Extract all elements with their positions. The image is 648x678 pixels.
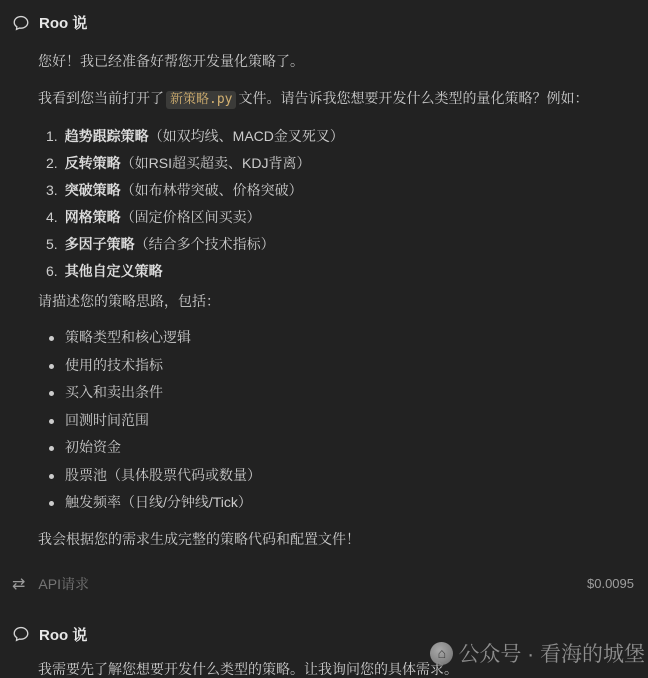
speech-bubble-icon bbox=[12, 14, 30, 32]
assistant-message-1: Roo 说 您好！我已经准备好帮您开发量化策略了。 我看到您当前打开了新策略.p… bbox=[0, 0, 648, 548]
bullet-item: 使用的技术指标 bbox=[38, 352, 636, 380]
strategy-list: 1.趋势跟踪策略（如双均线、MACD金叉死叉）2.反转策略（如RSI超买超卖、K… bbox=[38, 123, 636, 285]
numbered-item: 6.其他自定义策略 bbox=[46, 258, 636, 285]
greeting-text: 您好！我已经准备好帮您开发量化策略了。 bbox=[38, 53, 636, 70]
message-body: 您好！我已经准备好帮您开发量化策略了。 我看到您当前打开了新策略.py文件。请告… bbox=[0, 53, 648, 548]
bullet-item: 初始资金 bbox=[38, 434, 636, 462]
bullet-item: 股票池（具体股票代码或数量） bbox=[38, 462, 636, 490]
numbered-item: 3.突破策略（如布林带突破、价格突破） bbox=[46, 177, 636, 204]
context-suffix: 文件。请告诉我您想要开发什么类型的量化策略？例如： bbox=[238, 90, 588, 106]
context-text: 我看到您当前打开了新策略.py文件。请告诉我您想要开发什么类型的量化策略？例如： bbox=[38, 90, 636, 109]
bullet-dot-icon bbox=[49, 446, 54, 451]
bullet-item: 触发频率（日线/分钟线/Tick） bbox=[38, 489, 636, 517]
speaker-label: Roo 说 bbox=[39, 12, 87, 33]
bullet-item: 买入和卖出条件 bbox=[38, 379, 636, 407]
requirements-list: 策略类型和核心逻辑使用的技术指标买入和卖出条件回测时间范围初始资金股票池（具体股… bbox=[38, 324, 636, 517]
api-request-row[interactable]: ⇄ API请求 $0.0095 bbox=[0, 548, 648, 594]
api-cost-badge: $0.0095 bbox=[587, 576, 634, 591]
numbered-item: 4.网格策略（固定价格区间买卖） bbox=[46, 204, 636, 231]
bullet-item: 回测时间范围 bbox=[38, 407, 636, 435]
assistant-message-2: Roo 说 我需要先了解您想要开发什么类型的策略。让我询问您的具体需求。 bbox=[0, 624, 648, 678]
chat-panel: Roo 说 您好！我已经准备好帮您开发量化策略了。 我看到您当前打开了新策略.p… bbox=[0, 0, 648, 678]
message-header: Roo 说 bbox=[0, 0, 648, 33]
speech-bubble-icon bbox=[12, 625, 30, 643]
bullet-dot-icon bbox=[49, 336, 54, 341]
followup-text: 我需要先了解您想要开发什么类型的策略。让我询问您的具体需求。 bbox=[38, 661, 636, 678]
numbered-item: 2.反转策略（如RSI超买超卖、KDJ背离） bbox=[46, 150, 636, 177]
api-request-label: API请求 bbox=[38, 574, 89, 594]
bullet-dot-icon bbox=[49, 474, 54, 479]
bullet-item: 策略类型和核心逻辑 bbox=[38, 324, 636, 352]
bullet-dot-icon bbox=[49, 501, 54, 506]
numbered-item: 5.多因子策略（结合多个技术指标） bbox=[46, 231, 636, 258]
file-chip[interactable]: 新策略.py bbox=[166, 91, 236, 109]
bullet-dot-icon bbox=[49, 364, 54, 369]
bullet-dot-icon bbox=[49, 391, 54, 396]
closing-text: 我会根据您的需求生成完整的策略代码和配置文件！ bbox=[38, 531, 636, 548]
describe-prompt-text: 请描述您的策略思路，包括： bbox=[38, 293, 636, 310]
message-header: Roo 说 bbox=[0, 624, 648, 645]
context-prefix: 我看到您当前打开了 bbox=[38, 90, 164, 106]
swap-arrows-icon: ⇄ bbox=[12, 576, 25, 592]
bullet-dot-icon bbox=[49, 419, 54, 424]
message-body: 我需要先了解您想要开发什么类型的策略。让我询问您的具体需求。 bbox=[0, 661, 648, 678]
numbered-item: 1.趋势跟踪策略（如双均线、MACD金叉死叉） bbox=[46, 123, 636, 150]
speaker-label: Roo 说 bbox=[39, 624, 87, 645]
